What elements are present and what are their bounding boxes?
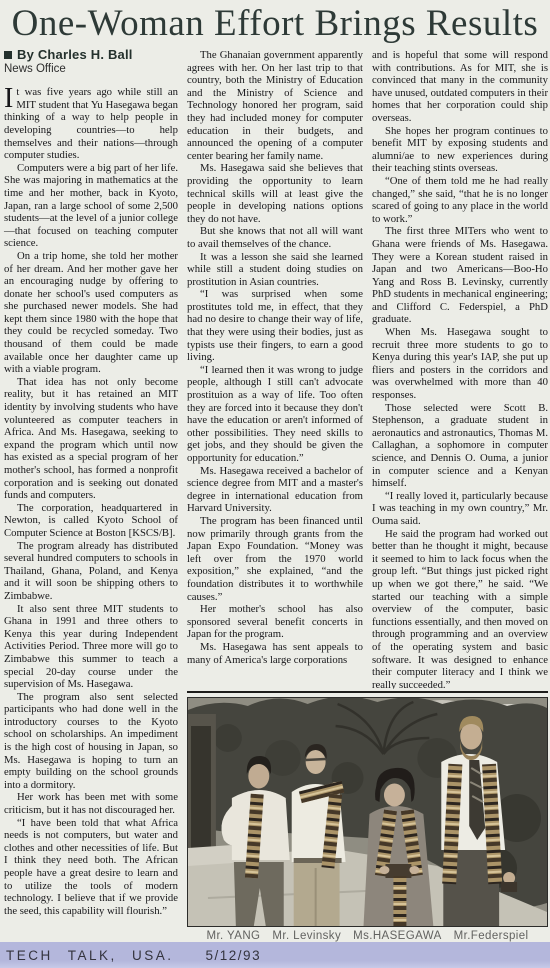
article-paragraph: That idea has not only become reality, b… <box>4 376 178 502</box>
article-paragraph: Those selected were Scott B. Stephenson,… <box>372 402 548 490</box>
byline-office: News Office <box>4 63 178 76</box>
paragraph-text: t was five years ago while still an MIT … <box>4 86 178 161</box>
article-paragraph: “I learned then it was wrong to judge pe… <box>187 364 363 465</box>
article-paragraph: Ms. Hasegawa said she believes that prov… <box>187 162 363 225</box>
article-paragraph: When Ms. Hasegawa sought to recruit thre… <box>372 326 548 402</box>
article-paragraph: On a trip home, she told her mother of h… <box>4 250 178 376</box>
caption-name: Mr. Levinsky <box>272 930 341 942</box>
byline-author: By Charles H. Ball <box>17 49 133 62</box>
column-1: By Charles H. Ball News Office It was fi… <box>4 49 178 942</box>
byline-block: By Charles H. Ball News Office <box>4 49 178 75</box>
article-paragraph: The Ghanaian government apparently agree… <box>187 49 363 162</box>
article-paragraph: “I was surprised when some prostitutes t… <box>187 288 363 364</box>
masthead-bar: TECH TALK, USA. 5/12/93 <box>0 942 550 968</box>
article-paragraph: The first three MITers who went to Ghana… <box>372 225 548 326</box>
headline: One-Woman Effort Brings Results <box>2 2 548 45</box>
article-paragraph: Ms. Hasegawa has sent appeals to many of… <box>187 641 363 666</box>
group-photo <box>187 697 548 927</box>
article-paragraph: “I really loved it, particularly because… <box>372 490 548 528</box>
photo-divider-rule <box>187 691 548 693</box>
drop-cap: I <box>4 86 16 110</box>
article-body: By Charles H. Ball News Office It was fi… <box>0 49 550 942</box>
column-3: and is hopeful that some will respond wi… <box>372 49 548 689</box>
caption-name: Mr. YANG <box>206 930 260 942</box>
article-paragraph: The corporation, headquartered in Newton… <box>4 502 178 540</box>
masthead-title: TECH TALK, USA. <box>6 948 174 963</box>
article-paragraph: The program also sent selected participa… <box>4 691 178 792</box>
column-2: The Ghanaian government apparently agree… <box>187 49 363 689</box>
newspaper-page: One-Woman Effort Brings Results By Charl… <box>0 0 550 968</box>
masthead-date: 5/12/93 <box>206 948 262 963</box>
caption-name: Ms.HASEGAWA <box>353 930 442 942</box>
photo-caption: Mr. YANG Mr. Levinsky Ms.HASEGAWA Mr.Fed… <box>187 930 548 942</box>
article-paragraph: It was five years ago while still an MIT… <box>4 86 178 162</box>
article-paragraph: The program has been financed until now … <box>187 515 363 603</box>
article-paragraph: It also sent three MIT students to Ghana… <box>4 603 178 691</box>
article-paragraph: Computers were a big part of her life. S… <box>4 162 178 250</box>
right-region: The Ghanaian government apparently agree… <box>187 49 548 942</box>
article-paragraph: Her mother's school has also sponsored s… <box>187 603 363 641</box>
caption-name: Mr.Federspiel <box>454 930 529 942</box>
article-paragraph: Ms. Hasegawa received a bachelor of scie… <box>187 465 363 515</box>
article-paragraph: He said the program had worked out bette… <box>372 528 548 689</box>
byline-square-icon <box>4 51 12 59</box>
article-paragraph: It was a lesson she said she learned whi… <box>187 251 363 289</box>
article-paragraph: She hopes her program continues to benef… <box>372 125 548 175</box>
article-paragraph: Her work has been met with some criticis… <box>4 791 178 816</box>
article-paragraph: But she knows that not all will want to … <box>187 225 363 250</box>
article-paragraph: “I have been told that what Africa needs… <box>4 817 178 918</box>
article-paragraph: and is hopeful that some will respond wi… <box>372 49 548 125</box>
group-photo-illustration <box>188 698 547 926</box>
article-paragraph: “One of them told me he had really chang… <box>372 175 548 225</box>
article-paragraph: The program already has distributed seve… <box>4 540 178 603</box>
